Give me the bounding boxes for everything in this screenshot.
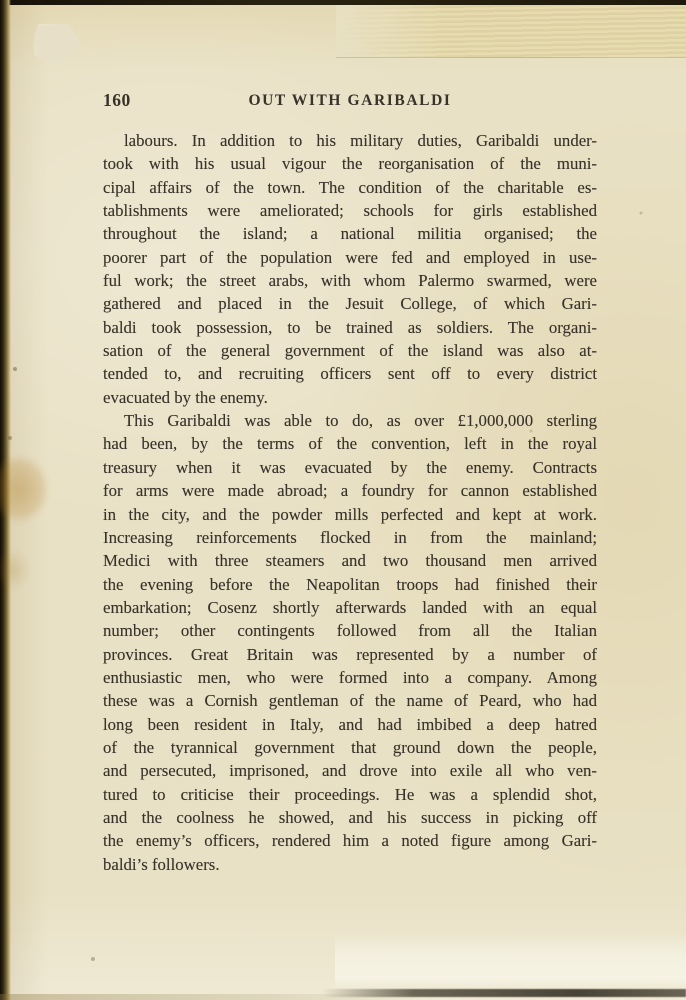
book-page-edges — [336, 5, 686, 58]
bottom-scan-light-band — [335, 933, 686, 989]
text-line: provinces. Great Britain was represented… — [103, 643, 597, 666]
corner-crease-mark — [31, 19, 83, 67]
text-line: tended to, and recruiting officers sent … — [103, 362, 597, 385]
text-line: tablishments were ameliorated; schools f… — [103, 199, 597, 222]
foxing-stain-large — [0, 443, 60, 535]
text-line: enthusiastic men, who were formed into a… — [103, 666, 597, 689]
text-line: for arms were made abroad; a foundry for… — [103, 479, 597, 502]
text-line: and persecuted, imprisoned, and drove in… — [103, 759, 597, 782]
text-line: these was a Cornish gentleman of the nam… — [103, 689, 597, 712]
top-edge-shadow — [0, 0, 686, 5]
text-line: gathered and placed in the Jesuit Colleg… — [103, 292, 597, 315]
page-header: 160 OUT WITH GARIBALDI — [103, 90, 597, 110]
text-line: tured to criticise their proceedings. He… — [103, 783, 597, 806]
scanned-book-page: 160 OUT WITH GARIBALDI labours. In addit… — [0, 0, 686, 1000]
text-line: ful work; the street arabs, with whom Pa… — [103, 269, 597, 292]
text-line: had been, by the terms of the convention… — [103, 432, 597, 455]
paragraph: labours. In addition to his military dut… — [103, 129, 597, 409]
text-line: baldi took possession, to be trained as … — [103, 316, 597, 339]
foxing-stain-small — [0, 540, 38, 600]
running-title: OUT WITH GARIBALDI — [103, 92, 597, 110]
text-line: treasury when it was evacuated by the en… — [103, 456, 597, 479]
text-block: labours. In addition to his military dut… — [103, 129, 597, 876]
paragraph: This Garibaldi was able to do, as over £… — [103, 409, 597, 876]
text-line: took with his usual vigour the reorganis… — [103, 152, 597, 175]
text-line: long been resident in Italy, and had imb… — [103, 713, 597, 736]
text-line: of the tyrannical government that ground… — [103, 736, 597, 759]
page-edges-fade — [336, 5, 446, 57]
text-line: Increasing reinforcements flocked in fro… — [103, 526, 597, 549]
text-line: poorer part of the population were fed a… — [103, 246, 597, 269]
text-line: and the coolness he showed, and his succ… — [103, 806, 597, 829]
text-line: embarkation; Cosenz shortly afterwards l… — [103, 596, 597, 619]
text-line: labours. In addition to his military dut… — [103, 129, 597, 152]
text-line: the enemy’s officers, rendered him a not… — [103, 829, 597, 852]
text-line: number; other contingents followed from … — [103, 619, 597, 642]
text-line: baldi’s followers. — [103, 853, 597, 876]
bottom-edge-tan-strip — [0, 994, 686, 1000]
paper-specks — [0, 0, 2, 2]
text-line: Medici with three steamers and two thous… — [103, 549, 597, 572]
text-line: cipal affairs of the town. The condition… — [103, 176, 597, 199]
text-line: evacuated by the enemy. — [103, 386, 597, 409]
text-line: throughout the island; a national militi… — [103, 222, 597, 245]
text-line: sation of the general government of the … — [103, 339, 597, 362]
text-line: the evening before the Neapolitan troops… — [103, 573, 597, 596]
text-line: This Garibaldi was able to do, as over £… — [103, 409, 597, 432]
text-line: in the city, and the powder mills perfec… — [103, 503, 597, 526]
